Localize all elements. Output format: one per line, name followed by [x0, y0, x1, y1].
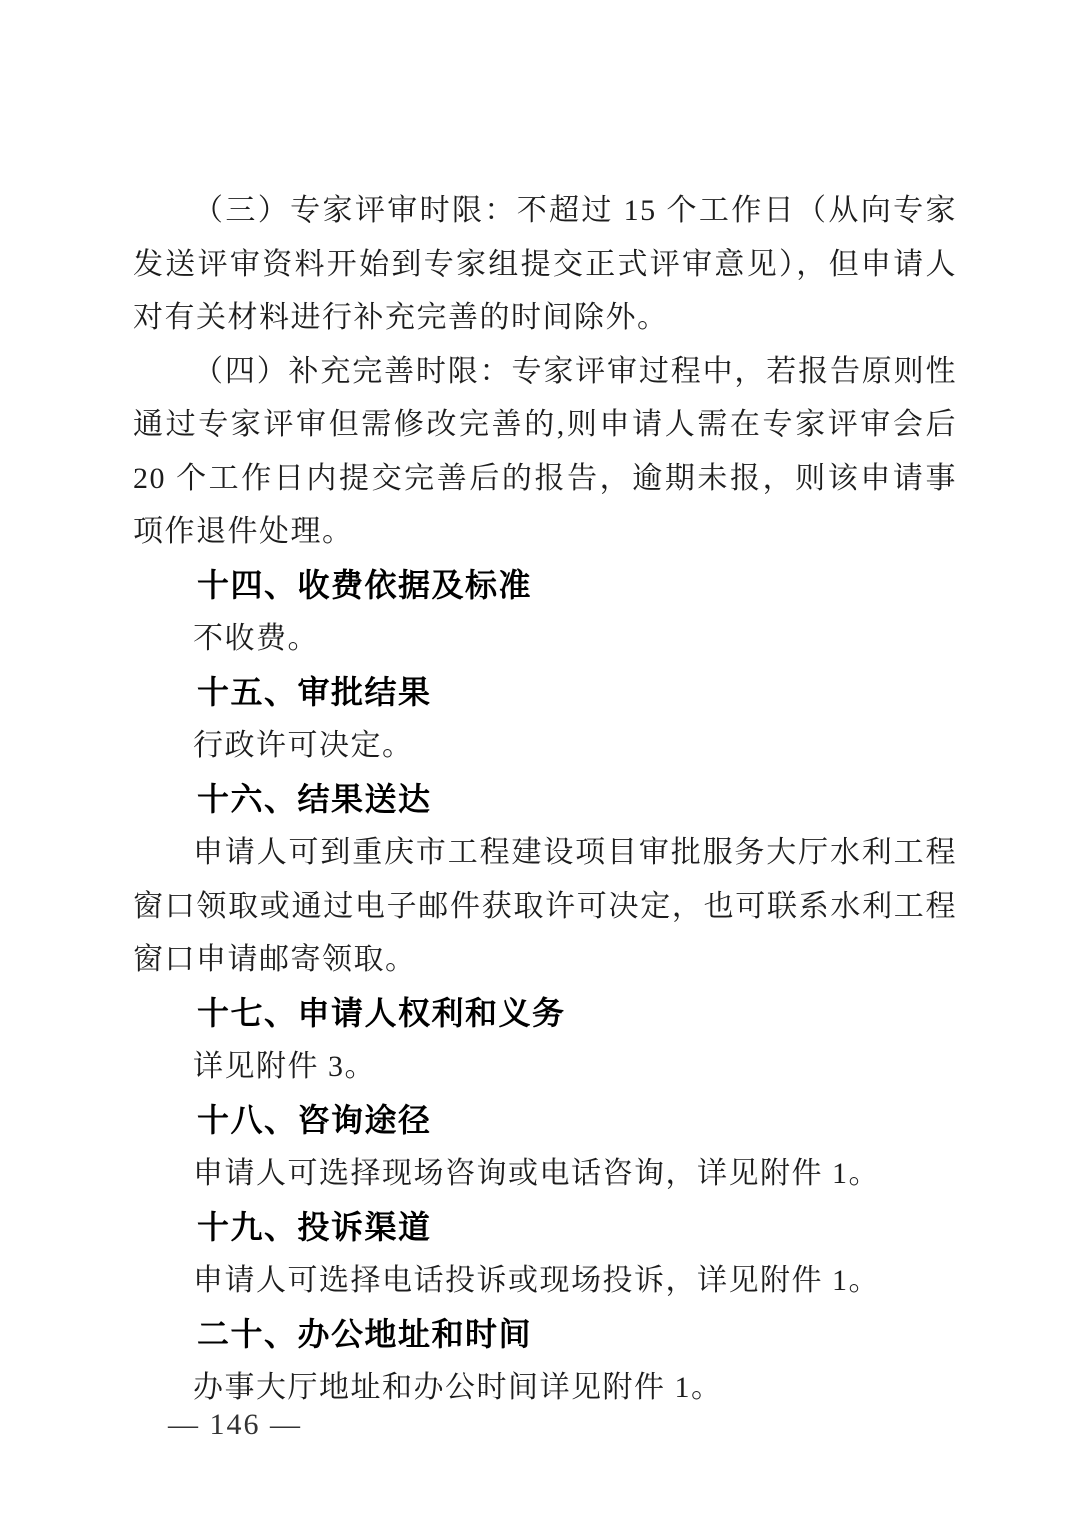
body-paragraph: 申请人可选择电话投诉或现场投诉，详见附件 1。 [133, 1254, 957, 1308]
body-paragraph: （四）补充完善时限：专家评审过程中，若报告原则性通过专家评审但需修改完善的,则申… [133, 345, 957, 559]
page-footer: — 146 — [130, 1374, 302, 1476]
body-paragraph: 详见附件 3。 [133, 1040, 957, 1094]
section-heading: 十五、审批结果 [133, 666, 957, 720]
document-content: （三）专家评审时限：不超过 15 个工作日（从向专家发送评审资料开始到专家组提交… [133, 184, 957, 1415]
body-paragraph: 申请人可选择现场咨询或电话咨询，详见附件 1。 [133, 1147, 957, 1201]
section-heading: 十六、结果送达 [133, 773, 957, 827]
section-heading: 十八、咨询途径 [133, 1094, 957, 1148]
body-paragraph: （三）专家评审时限：不超过 15 个工作日（从向专家发送评审资料开始到专家组提交… [133, 184, 957, 345]
body-paragraph: 申请人可到重庆市工程建设项目审批服务大厅水利工程窗口领取或通过电子邮件获取许可决… [133, 826, 957, 987]
section-heading: 十九、投诉渠道 [133, 1201, 957, 1255]
page-number: — 146 — [168, 1408, 302, 1441]
body-paragraph: 不收费。 [133, 612, 957, 666]
section-heading: 十七、申请人权利和义务 [133, 987, 957, 1041]
document-page: （三）专家评审时限：不超过 15 个工作日（从向专家发送评审资料开始到专家组提交… [0, 0, 1075, 1519]
section-heading: 十四、收费依据及标准 [133, 559, 957, 613]
section-heading: 二十、办公地址和时间 [133, 1308, 957, 1362]
body-paragraph: 行政许可决定。 [133, 719, 957, 773]
